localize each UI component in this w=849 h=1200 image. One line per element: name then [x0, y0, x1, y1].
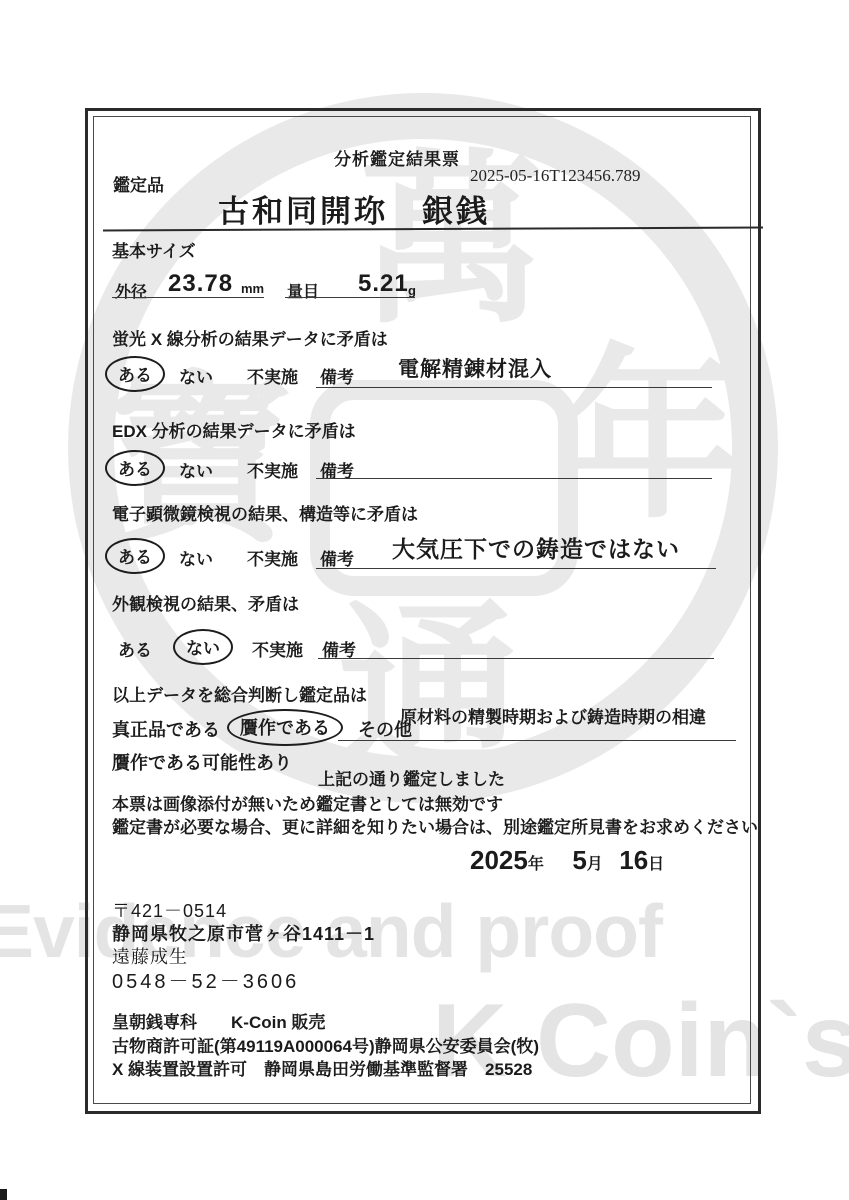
appraisal-result-sheet: 萬 年 通 寶 Evidence and proof K Coin`s 分析鑑定…	[0, 0, 849, 1200]
remark-underline	[316, 478, 712, 479]
form-title: 分析鑑定結果票	[334, 145, 460, 170]
item-name: 古和同開珎 銀銭	[218, 186, 490, 231]
size-section-heading: 基本サイズ	[112, 237, 196, 262]
issuer-phone: 0548－52－3606	[112, 965, 299, 994]
verdict-underline	[338, 740, 736, 741]
appraisal-date: 2025年 5月 16日	[470, 845, 664, 876]
verdict-other-text: 原材料の精製時期および鋳造時期の相違	[400, 703, 706, 728]
verdict-question: 以上データを総合判断し鑑定品は	[112, 681, 367, 706]
remark-label: 備考	[320, 363, 354, 388]
option-aru: ある	[105, 450, 165, 486]
date-month: 5	[572, 845, 586, 875]
dealer-xray-line: X 線装置設置許可 静岡県島田労働基準監督署 25528	[112, 1055, 532, 1080]
request-notice: 鑑定書が必要な場合、更に詳細を知りたい場合は、別途鑑定所見書をお求めください	[112, 813, 758, 838]
question-visual: 外観検視の結果、矛盾は	[112, 590, 299, 615]
option-not-performed: 不実施	[252, 636, 303, 661]
dealer-shop-line: 皇朝銭専科 K-Coin 販売	[112, 1008, 325, 1033]
remark-underline	[318, 658, 714, 659]
scan-artifact	[0, 1189, 7, 1200]
question-sem: 電子顕微鏡検視の結果、構造等に矛盾は	[112, 500, 418, 525]
option-nai: ない	[179, 363, 213, 388]
invalid-notice: 本票は画像添付が無いため鑑定書としては無効です	[112, 790, 503, 815]
diameter-underline	[112, 297, 264, 298]
option-not-performed: 不実施	[247, 545, 298, 570]
verdict-note: 贋作である可能性あり	[112, 749, 292, 775]
option-aru: ある	[105, 538, 165, 574]
remark-underline	[316, 568, 716, 569]
option-aru: ある	[105, 356, 165, 392]
dealer-license-line: 古物商許可証(第49119A000064号)静岡県公安委員会(牧)	[112, 1032, 539, 1057]
remark-underline	[316, 387, 712, 388]
option-nai: ない	[173, 629, 233, 665]
option-counterfeit: 贋作である	[227, 709, 343, 746]
date-month-unit: 月	[587, 856, 603, 873]
date-year-unit: 年	[528, 856, 544, 873]
date-day: 16	[619, 845, 648, 875]
certified-statement: 上記の通り鑑定しました	[318, 765, 505, 790]
question-xrf: 蛍光 X 線分析の結果データに矛盾は	[112, 325, 388, 350]
diameter-unit: mm	[241, 281, 264, 296]
weight-label: 量目	[287, 279, 319, 302]
remark-label: 備考	[320, 545, 354, 570]
weight-value: 5.21	[358, 270, 409, 298]
weight-unit: g	[408, 283, 416, 298]
option-aru: ある	[118, 636, 152, 661]
option-not-performed: 不実施	[247, 363, 298, 388]
question-edx: EDX 分析の結果データに矛盾は	[112, 417, 356, 442]
option-genuine: 真正品である	[112, 716, 220, 742]
remark-value: 大気圧下での鋳造ではない	[392, 531, 680, 564]
option-nai: ない	[179, 457, 213, 482]
date-day-unit: 日	[648, 856, 664, 873]
option-not-performed: 不実施	[247, 457, 298, 482]
weight-underline	[285, 297, 415, 298]
item-label: 鑑定品	[113, 171, 164, 196]
diameter-label: 外径	[115, 279, 147, 302]
option-nai: ない	[179, 545, 213, 570]
analysis-timestamp: 2025-05-16T123456.789	[470, 166, 640, 186]
remark-value: 電解精錬材混入	[398, 353, 552, 383]
diameter-value: 23.78	[168, 270, 233, 298]
date-year: 2025	[470, 845, 528, 875]
